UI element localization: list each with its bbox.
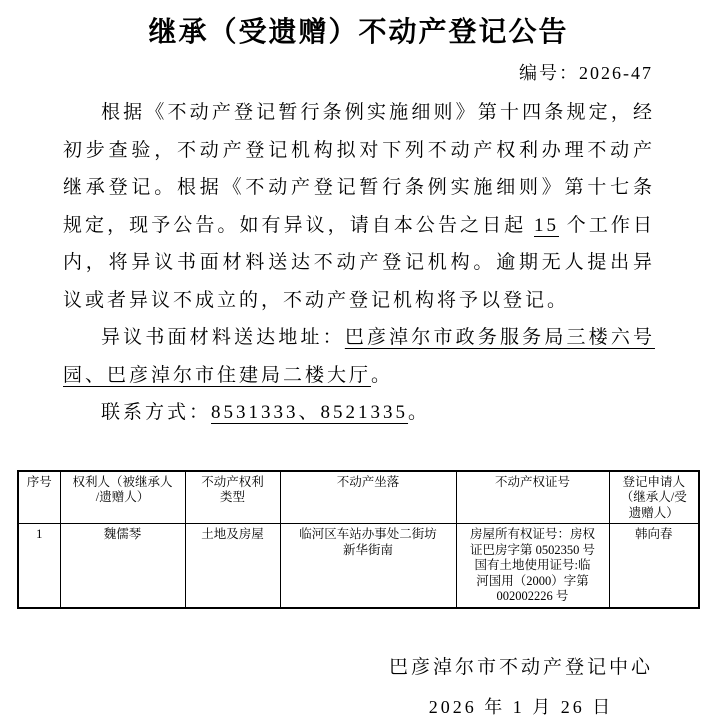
doc-number: 编号：2026-47 (63, 60, 655, 86)
header-holder: 权利人（被继承人 /遗赠人） (60, 471, 185, 524)
address-label: 异议书面材料送达地址： (101, 327, 345, 348)
contact-period: 。 (408, 402, 430, 423)
header-seq: 序号 (18, 471, 60, 524)
contact-label: 联系方式： (101, 402, 211, 423)
header-right-type: 不动产权利 类型 (185, 471, 280, 524)
header-certificate: 不动产权证号 (456, 471, 609, 524)
cell-applicant: 韩向春 (609, 524, 699, 608)
paragraph-main: 根据《不动产登记暂行条例实施细则》第十四条规定，经初步查验，不动产登记机构拟对下… (63, 94, 655, 319)
cell-certificate: 房屋所有权证号：房权 证巴房字第 0502350 号 国有土地使用证号:临 河国… (456, 524, 609, 608)
header-location: 不动产坐落 (280, 471, 456, 524)
table-row: 1 魏儒琴 土地及房屋 临河区车站办事处二街坊 新华街南 房屋所有权证号：房权 … (18, 524, 699, 608)
paragraph-address: 异议书面材料送达地址：巴彦淖尔市政务服务局三楼六号园、巴彦淖尔市住建局二楼大厅。 (63, 319, 655, 394)
address-period: 。 (371, 365, 393, 386)
cell-location: 临河区车站办事处二街坊 新华街南 (280, 524, 456, 608)
signature-block: 巴彦淖尔市不动产登记中心 2026 年 1 月 26 日 (356, 655, 686, 719)
cell-holder: 魏儒琴 (60, 524, 185, 608)
cell-right-type: 土地及房屋 (185, 524, 280, 608)
notice-body: 根据《不动产登记暂行条例实施细则》第十四条规定，经初步查验，不动产登记机构拟对下… (63, 94, 655, 432)
table-header-row: 序号 权利人（被继承人 /遗赠人） 不动产权利 类型 不动产坐落 不动产权证号 … (18, 471, 699, 524)
contact-phones: 8531333、8521335 (211, 402, 408, 423)
page-title: 继承（受遗赠）不动产登记公告 (0, 13, 717, 51)
header-applicant: 登记申请人 （继承人/受 遗赠人） (609, 471, 699, 524)
objection-days-value: 15 (534, 215, 559, 236)
paragraph-contact: 联系方式：8531333、8521335。 (63, 394, 655, 432)
cell-seq: 1 (18, 524, 60, 608)
issuing-organization: 巴彦淖尔市不动产登记中心 (356, 655, 686, 681)
registration-table: 序号 权利人（被继承人 /遗赠人） 不动产权利 类型 不动产坐落 不动产权证号 … (17, 470, 700, 609)
notice-document: 继承（受遗赠）不动产登记公告 编号：2026-47 根据《不动产登记暂行条例实施… (0, 0, 717, 720)
issue-date: 2026 年 1 月 26 日 (356, 695, 686, 719)
